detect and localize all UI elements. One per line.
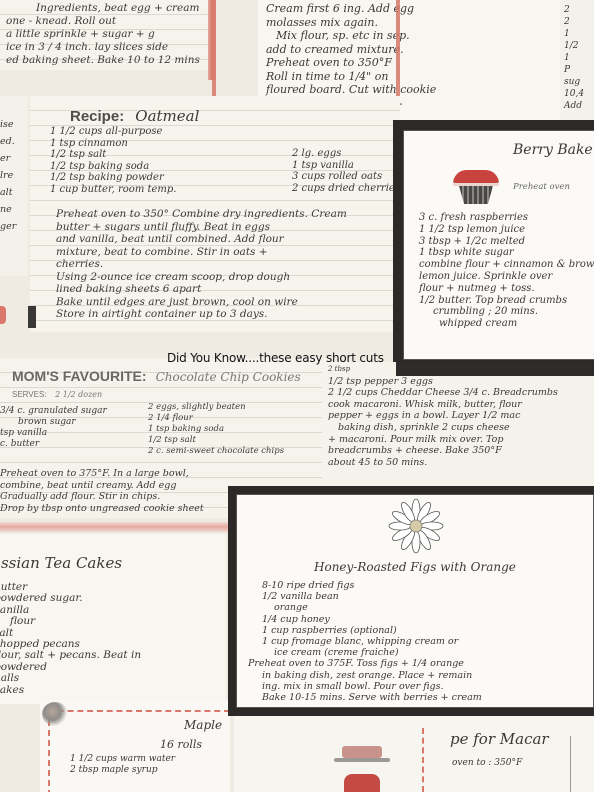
recipe-line: ed baking sheet. Bake 10 to 12 mins	[6, 54, 215, 67]
direction-line: and vanilla, beat until combined. Add fl…	[56, 233, 347, 246]
oatmeal-recipe-card: Recipe: Oatmeal 1 1/2 cups all-purpose 1…	[30, 96, 400, 332]
ingredient: 1/2 tsp baking powder	[50, 172, 176, 184]
left-edge-card: ise ed. er lre alt ne ger	[0, 96, 28, 276]
side-line: Add	[564, 100, 594, 112]
ingredient: 3/4 c. granulated sugar	[0, 406, 107, 417]
pie-icon	[453, 170, 499, 204]
recipe-label: MOM'S FAVOURITE:	[12, 368, 147, 384]
recipe-line: 1/4 cup honey	[262, 614, 482, 625]
recipe-title: Russian Tea Cakes	[0, 554, 122, 572]
direction-line: cherries.	[56, 258, 347, 271]
recipe-line: 1 cup raspberries (optional)	[262, 625, 482, 636]
recipe-line: ice in 3 / 4 inch. lay slices side	[6, 41, 215, 54]
side-line: P	[564, 64, 594, 76]
recipe-title: Chocolate Chip Cookies	[156, 370, 301, 384]
side-line: 2	[564, 16, 594, 28]
ingredient: 1/2 tsp salt	[50, 149, 176, 161]
direction-line: Using 2-ounce ice cream scoop, drop doug…	[56, 271, 347, 284]
bottom-right-recipe-card: pe for Macar oven to : 350°F	[234, 716, 594, 792]
side-line: sug	[564, 76, 594, 88]
recipe-line: 1/2 butter. Top bread crumbs	[419, 295, 594, 307]
serves-value: 2 1/2 dozen	[55, 390, 102, 399]
recipe-line: ice cream (creme fraiche)	[262, 647, 482, 658]
side-line: 1	[564, 28, 594, 40]
ingredient: 1 tsp cinnamon	[50, 138, 176, 150]
ingredient: brown sugar	[0, 417, 107, 428]
direction-line: Store in airtight container up to 3 days…	[56, 308, 347, 321]
direction-line: Drop by tbsp onto ungreased cookie sheet	[0, 503, 204, 515]
recipe-line: oven to : 350°F	[452, 758, 522, 768]
recipe-line: 1 tbsp white sugar	[419, 247, 594, 259]
maple-recipe-card: Maple 16 rolls 1 1/2 cups warm water 2 t…	[40, 700, 230, 792]
fragment: alt	[0, 184, 28, 201]
recipe-line: 3 c. fresh raspberries	[419, 212, 594, 224]
red-band	[0, 522, 230, 532]
ingredient: 2 lg. eggs	[292, 148, 400, 160]
ingredient: 2 eggs, slightly beaten	[148, 402, 284, 413]
ingredient: 1 tsp vanilla	[292, 160, 400, 172]
top-right-side-strip: 2 2 1 1/2 1 P sug 10,4 Add	[560, 0, 594, 125]
recipe-line: 1 1/2 tsp lemon juice	[419, 224, 594, 236]
fragment: er	[0, 150, 28, 167]
direction-line: lined baking sheets 6 apart	[56, 283, 347, 296]
fig-recipe-card: Honey-Roasted Figs with Orange 8-10 ripe…	[228, 486, 594, 716]
floral-corner-icon	[42, 702, 68, 726]
ingredient: 1 tsp baking soda	[148, 424, 284, 435]
fragment: ed.	[0, 133, 28, 150]
ingredient: 2 c. semi-sweet chocolate chips	[148, 446, 284, 457]
recipe-line: flour	[0, 616, 141, 627]
recipe-title: Berry Bake	[513, 142, 593, 158]
ingredient: 3 cups rolled oats	[292, 171, 400, 183]
recipe-line: 1/2 vanilla bean	[262, 591, 482, 602]
ingredient: 1 1/2 cups all-purpose	[50, 126, 176, 138]
direction-line: Gradually add flour. Stir in chips.	[0, 491, 204, 503]
recipe-line: 1 cup fromage blanc, whipping cream or	[262, 636, 482, 647]
recipe-subtitle: Preheat oven	[513, 182, 570, 192]
ingredient: 1/2 tsp salt	[148, 435, 284, 446]
side-line: 10,4	[564, 88, 594, 100]
side-line: 2	[564, 4, 594, 16]
macaroni-recipe-card: 2 tbsp 1/2 tsp pepper 3 eggs 2 1/2 cups …	[322, 362, 594, 488]
direction-line: Preheat oven to 375°F. In a large bowl,	[0, 468, 204, 480]
recipe-line: orange	[262, 602, 482, 613]
raspberry-recipe-card: Berry Bake Preheat oven 3 c. fresh raspb…	[393, 120, 594, 370]
dashed-divider	[422, 728, 424, 792]
fragment: lre	[0, 167, 28, 184]
recipe-line: 1/2 tsp pepper 3 eggs	[328, 376, 558, 388]
recipe-title: Oatmeal	[135, 107, 199, 125]
recipe-line: lemon juice. Sprinkle over	[419, 271, 594, 283]
direction-line: butter + sugars until fluffy. Beat in eg…	[56, 221, 347, 234]
recipe-line: Ingredients, beat egg + cream	[6, 2, 215, 15]
serves-label: SERVES:	[12, 390, 47, 399]
recipe-line: pepper + eggs in a bowl. Layer 1/2 mac	[328, 410, 558, 422]
direction-line: combine, beat until creamy. Add egg	[0, 480, 204, 492]
side-line: 1/2	[564, 40, 594, 52]
fragment: ger	[0, 218, 28, 235]
ingredient: 1 cup butter, room temp.	[50, 184, 176, 196]
dark-mark	[28, 306, 36, 328]
recipe-yield: 16 rolls	[160, 738, 202, 751]
right-rule	[570, 736, 571, 792]
recipe-line: cook macaroni. Whisk milk, butter, flour	[328, 399, 558, 411]
recipe-line: 2 tbsp maple syrup	[70, 765, 175, 776]
recipe-line: 3 tbsp + 1/2c melted	[419, 236, 594, 248]
recipe-line: breadcrumbs + cheese. Bake 350°F	[328, 445, 558, 457]
recipe-line: whipped cream	[419, 318, 594, 330]
recipe-line: balls	[0, 673, 141, 684]
fragment: ne	[0, 201, 28, 218]
top-left-recipe-card: Ingredients, beat egg + cream one - knea…	[0, 0, 215, 70]
ingredient: tsp vanilla	[0, 428, 107, 439]
daisy-icon	[386, 496, 446, 556]
recipe-line: ing. mix in small bowl. Pour over figs.	[262, 681, 482, 692]
recipe-line: Bake 10-15 mins. Serve with berries + cr…	[262, 692, 482, 703]
recipe-line: 2 1/2 cups Cheddar Cheese 3/4 c. Breadcr…	[328, 387, 558, 399]
recipe-line: powdered	[0, 662, 141, 673]
recipe-line: + macaroni. Pour milk mix over. Top	[328, 434, 558, 446]
recipe-collage-background: Ingredients, beat egg + cream one - knea…	[0, 0, 594, 792]
ingredient: 2 1/4 flour	[148, 413, 284, 424]
direction-line: Preheat oven to 350° Combine dry ingredi…	[56, 208, 347, 221]
recipe-line: 8-10 ripe dried figs	[262, 580, 482, 591]
did-you-know-banner: Did You Know....these easy short cuts	[167, 351, 384, 365]
recipe-line: baking dish, sprinkle 2 cups cheese	[328, 422, 558, 434]
ingredient: 1/2 tsp baking soda	[50, 161, 176, 173]
recipe-line: about 45 to 50 mins.	[328, 457, 558, 469]
direction-line: mixture, beat to combine. Stir in oats +	[56, 246, 347, 259]
recipe-line: flour + nutmeg + toss.	[419, 283, 594, 295]
recipe-line: crumbling ; 20 mins.	[419, 306, 594, 318]
recipe-line: in baking dish, zest orange. Place + rem…	[262, 670, 482, 681]
recipe-title: Honey-Roasted Figs with Orange	[314, 560, 516, 574]
recipe-line: a little sprinkle + sugar + g	[6, 28, 215, 41]
recipe-line: cakes	[0, 685, 141, 696]
cake-stand-icon	[332, 738, 392, 792]
direction-line: Bake until edges are just brown, cool on…	[56, 296, 347, 309]
recipe-line: combine flour + cinnamon & brown	[419, 259, 594, 271]
recipe-line: 1 1/2 cups warm water	[70, 754, 175, 765]
recipe-line: 2 tbsp	[328, 364, 558, 376]
side-line: 1	[564, 52, 594, 64]
recipe-title: Maple	[184, 718, 222, 732]
ingredient: 2 cups dried cherries	[292, 183, 400, 195]
recipe-line: one - knead. Roll out	[6, 15, 215, 28]
recipe-title: pe for Macar	[450, 730, 549, 748]
ingredient: c. butter	[0, 439, 107, 450]
fragment: ise	[0, 116, 28, 133]
red-mark	[0, 306, 6, 324]
tea-cake-recipe-card: Russian Tea Cakes butter powdered sugar.…	[0, 534, 226, 704]
recipe-label: Recipe:	[70, 108, 124, 125]
recipe-line: Preheat oven to 375F. Toss figs + 1/4 or…	[248, 658, 482, 669]
